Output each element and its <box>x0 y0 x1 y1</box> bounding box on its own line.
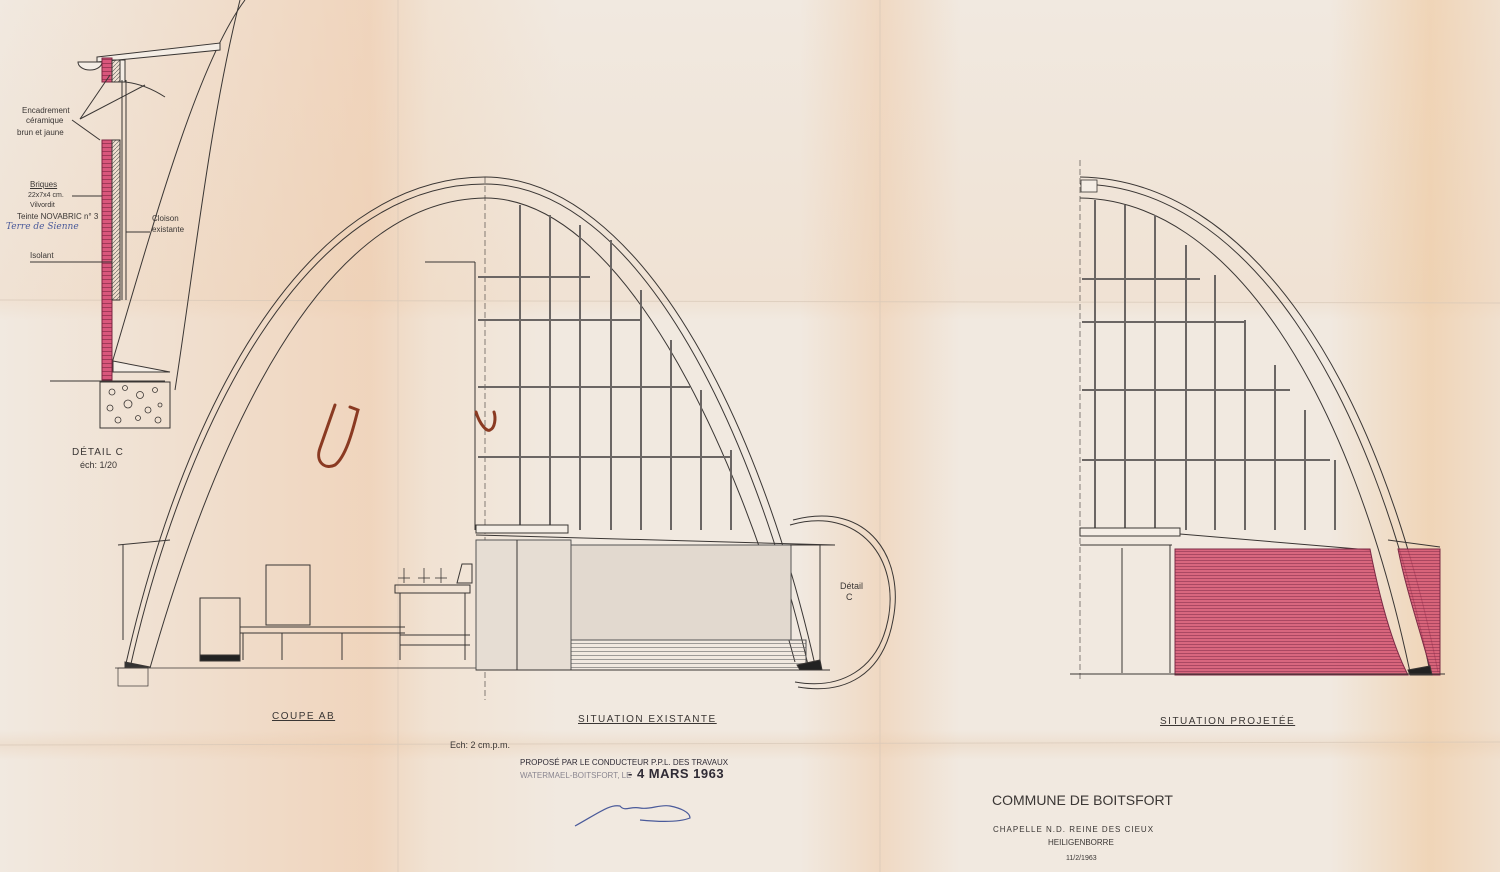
label-brick-origin: Vilvordit <box>30 201 55 211</box>
detail-c-title: DÉTAIL C <box>72 447 124 458</box>
label-cloison: Cloison <box>152 214 179 224</box>
label-isolant: Isolant <box>30 251 54 261</box>
new-brick-wall-left <box>1175 549 1408 675</box>
caption-situation-existante: SITUATION EXISTANTE <box>578 714 717 725</box>
drawing-sheet: Encadrement céramique brun et jaune Briq… <box>0 0 1500 872</box>
label-existante: existante <box>152 225 184 235</box>
label-encadrement: Encadrement <box>22 106 70 116</box>
label-ceramique: céramique <box>26 116 63 126</box>
detail-callout-label: Détail <box>840 581 863 591</box>
title-date: 11/2/1963 <box>1066 855 1097 862</box>
label-brick-size: 22x7x4 cm. <box>28 191 64 201</box>
detail-callout-letter: C <box>846 592 853 602</box>
new-brick-wall-right <box>1398 549 1440 675</box>
caption-situation-projetee: SITUATION PROJETÉE <box>1160 716 1295 727</box>
title-location: HEILIGENBORRE <box>1048 838 1114 847</box>
label-brick-tint: Teinte NOVABRIC n° 3 <box>17 212 98 222</box>
label-brun-et-jaune: brun et jaune <box>17 128 64 138</box>
architectural-drawing <box>0 0 1500 872</box>
caption-coupe-ab: COUPE AB <box>272 711 335 722</box>
label-briques: Briques <box>30 180 57 190</box>
projected-lower-wall <box>1070 528 1445 675</box>
rust-stain-marks <box>319 405 495 466</box>
title-project: CHAPELLE N.D. REINE DES CIEUX <box>993 825 1154 834</box>
stamp-date: - 4 MARS 1963 <box>628 766 724 781</box>
detail-c-scale: éch: 1/20 <box>80 460 117 470</box>
stamp-line-2: WATERMAEL-BOITSFORT, LE <box>520 771 631 780</box>
existing-lower-wall <box>476 516 895 689</box>
scale-note: Ech: 2 cm.p.m. <box>450 740 510 750</box>
title-commune: COMMUNE DE BOITSFORT <box>992 792 1173 808</box>
existing-glazing-grid <box>478 205 731 530</box>
label-terre-de-sienne: Terre de Sienne <box>6 222 79 232</box>
signature <box>575 806 690 826</box>
